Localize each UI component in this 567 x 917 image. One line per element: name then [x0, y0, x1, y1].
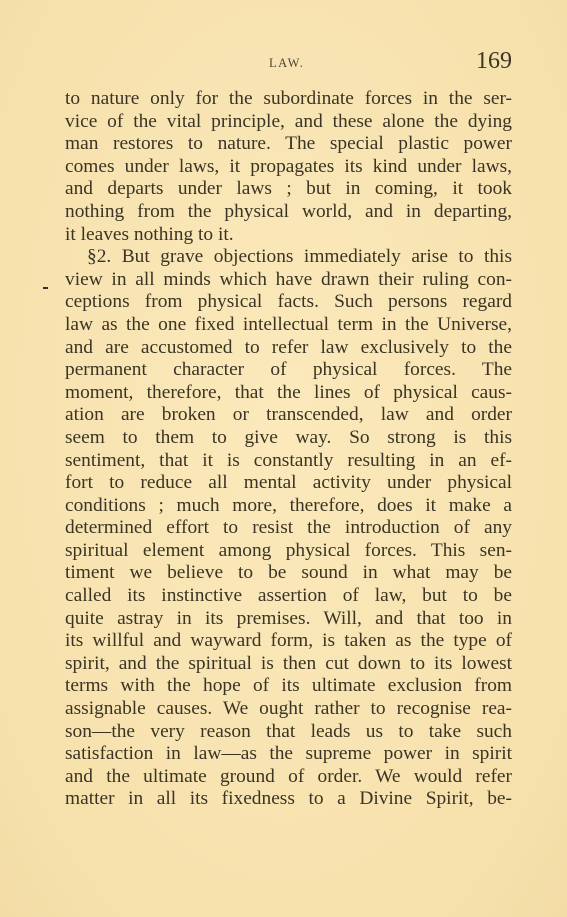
text-line: comes under laws, it propagates its kind… — [65, 156, 512, 179]
body-text: to nature only for the subordinate force… — [65, 88, 512, 811]
text-line: it leaves nothing to it. — [65, 224, 512, 247]
text-line: spirit, and the spiritual is then cut do… — [65, 653, 512, 676]
text-line: sentiment, that it is constantly resulti… — [65, 450, 512, 473]
text-line: permanent character of physical forces. … — [65, 359, 512, 382]
text-line: man restores to nature. The special plas… — [65, 133, 512, 156]
text-line: and departs under laws ; but in coming, … — [65, 178, 512, 201]
text-line: view in all minds which have drawn their… — [65, 269, 512, 292]
text-line: quite astray in its premises. Will, and … — [65, 608, 512, 631]
text-line: fort to reduce all mental activity under… — [65, 472, 512, 495]
text-line: terms with the hope of its ultimate excl… — [65, 675, 512, 698]
text-line: vice of the vital principle, and these a… — [65, 111, 512, 134]
text-line: assignable causes. We ought rather to re… — [65, 698, 512, 721]
text-line: son—the very reason that leads us to tak… — [65, 721, 512, 744]
text-line: determined effort to resist the introduc… — [65, 517, 512, 540]
text-line: conditions ; much more, therefore, does … — [65, 495, 512, 518]
text-line: satisfaction in law—as the supreme power… — [65, 743, 512, 766]
page-number: 169 — [476, 48, 512, 75]
margin-mark — [43, 287, 48, 289]
text-line: and the ultimate ground of order. We wou… — [65, 766, 512, 789]
text-line: its willful and wayward form, is taken a… — [65, 630, 512, 653]
text-line: timent we believe to be sound in what ma… — [65, 562, 512, 585]
text-line: matter in all its fixedness to a Divine … — [65, 788, 512, 811]
text-line: called its instinctive assertion of law,… — [65, 585, 512, 608]
text-line: seem to them to give way. So strong is t… — [65, 427, 512, 450]
text-line: spiritual element among physical forces.… — [65, 540, 512, 563]
running-head: LAW. 169 — [65, 48, 512, 78]
text-line: law as the one fixed intellectual term i… — [65, 314, 512, 337]
text-line: ation are broken or transcended, law and… — [65, 404, 512, 427]
text-line: ceptions from physical facts. Such perso… — [65, 291, 512, 314]
text-line: to nature only for the subordinate force… — [65, 88, 512, 111]
text-line: and are accustomed to refer law exclusiv… — [65, 337, 512, 360]
section-2-start: §2. But grave objections immediately ari… — [65, 246, 512, 269]
running-title: LAW. — [269, 56, 304, 71]
text-line: moment, therefore, that the lines of phy… — [65, 382, 512, 405]
text-line: nothing from the physical world, and in … — [65, 201, 512, 224]
